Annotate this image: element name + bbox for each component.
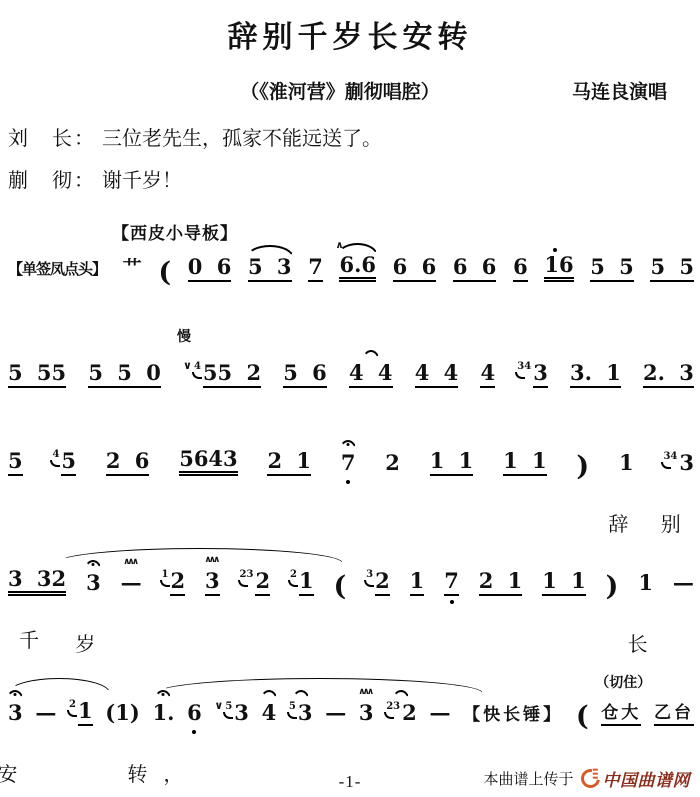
breath-mark-icon: ∨ — [214, 699, 223, 712]
note-text: — — [673, 572, 694, 596]
note-cell: 1辞 — [619, 452, 634, 476]
note-cell: 0 6 — [188, 256, 232, 282]
note-cell: 4 — [262, 702, 277, 726]
phrase-slur — [156, 678, 483, 693]
note-cell: 5 6 — [283, 362, 327, 388]
bracket: ) — [576, 449, 589, 476]
trill-zigzag-icon: ∧∧∧ — [358, 688, 374, 697]
note-cell: 5 3 — [248, 256, 292, 282]
note-cell: 343 — [517, 362, 548, 388]
grace-notes: 23 — [386, 702, 400, 712]
note-cell: — — [325, 702, 346, 726]
note-text: 6.6 — [339, 254, 376, 282]
note-text: 2 — [170, 570, 185, 596]
note-text: 1 — [299, 570, 314, 596]
note-text: 3 — [234, 702, 249, 726]
note-cell: 3. 1 — [570, 362, 621, 388]
note-cell: 5 5 — [590, 256, 634, 282]
note-text: 3 — [205, 570, 220, 596]
note-cell: 343别 — [663, 452, 694, 476]
note-cell: 1 1 — [430, 450, 474, 476]
note-text: 2. 3 — [643, 362, 694, 388]
speaker-name: 刘 长： — [8, 128, 96, 150]
music-disc-icon — [577, 765, 603, 791]
grace-notes: 4 — [52, 450, 59, 460]
note-cell: 5 55 — [8, 362, 66, 388]
note-cell: 5 5 0 — [88, 362, 160, 388]
tempo-direction-label: （切住） — [595, 672, 651, 692]
note-text: 2 — [402, 702, 417, 726]
bracket: ( — [158, 255, 171, 282]
bracket: ) — [606, 569, 619, 596]
page-title: 辞别千岁长安转 — [0, 12, 700, 56]
note-text: 1 — [638, 572, 653, 596]
note-cell: （切住）仓大 — [601, 705, 641, 726]
note-text: 乙台 — [654, 705, 694, 726]
note-text: ) — [606, 573, 619, 600]
music-line-1: 【单签凤点头】艹(0 65 37∧6.66 66 66165 55 5 — [8, 252, 694, 282]
note-cell: 5643 — [179, 448, 237, 476]
site-logo: 中国曲谱网 — [581, 766, 691, 791]
accent-icon: ∧ — [335, 241, 343, 251]
uploader-credit: 本曲谱上传于 中国曲谱网 — [483, 766, 690, 791]
note-text: 5 5 — [650, 256, 694, 282]
note-text: 5 3 — [248, 256, 292, 282]
note-text: 3 32 — [8, 568, 66, 596]
note-text: 6 — [187, 702, 202, 726]
tempo-direction-label: 慢 — [177, 326, 191, 346]
note-cell: 4 4 — [349, 362, 393, 388]
note-cell: 慢∨455 2 — [183, 359, 261, 388]
note-cell: 5 5 — [650, 256, 694, 282]
note-text: 1 — [78, 700, 93, 726]
note-text: ( — [158, 259, 171, 286]
pause-mark-icon — [339, 440, 357, 452]
lyric-syllable: 千 — [19, 624, 55, 653]
note-cell: ∧∧∧3 — [359, 702, 374, 726]
grace-notes: 5 — [289, 702, 296, 712]
note-cell: 6 6 — [453, 256, 497, 282]
opera-source-subtitle: （《淮河营》蒯彻唱腔） — [240, 77, 440, 104]
free-meter-symbol: 艹 — [123, 253, 142, 280]
note-text: 5 55 — [8, 362, 66, 388]
lyric-syllable: 别 — [661, 508, 697, 537]
note-cell: 1 1 — [503, 450, 547, 476]
note-text: 【快长锤】 — [463, 707, 563, 726]
note-cell: 232 — [240, 570, 271, 596]
bracket: ( — [333, 569, 346, 596]
note-text: 16 — [544, 254, 573, 282]
note-text: 0 6 — [188, 256, 232, 282]
note-cell: 16 — [544, 254, 573, 282]
grace-notes: 2 — [69, 700, 76, 710]
dialog-text: 谢千岁！ — [102, 170, 182, 192]
note-cell: (1) — [105, 702, 139, 726]
music-line-2: 5 555 5 0慢∨455 25 64 44 443433. 12. 3 — [8, 358, 694, 388]
note-cell: 21 — [290, 570, 314, 596]
note-cell: 2 — [385, 452, 400, 476]
note-cell: 6 — [187, 702, 202, 726]
trill-zigzag-icon: ∧∧∧ — [123, 558, 139, 567]
note-cell: 乙台 — [654, 705, 694, 726]
music-line-4: 3 32千3岁∧∧∧—12∧∧∧323221(32172 11 1)1长— — [8, 566, 694, 596]
note-text: 4 — [480, 362, 495, 388]
breath-mark-icon: ∨ — [183, 359, 192, 372]
note-text: 3. 1 — [570, 362, 621, 388]
lyric-syllable: 辞 — [608, 508, 644, 537]
note-cell: 2 1 — [479, 570, 523, 596]
note-text: — — [325, 702, 346, 726]
bracket: ( — [576, 699, 589, 726]
grace-notes: 34 — [663, 452, 677, 462]
dialog-line: 蒯 彻：谢千岁！ — [8, 164, 182, 193]
site-name: 中国曲谱网 — [603, 766, 691, 791]
note-cell: 1长 — [638, 572, 653, 596]
note-cell: ∧∧∧— — [121, 572, 142, 596]
upload-note: 本曲谱上传于 — [483, 768, 573, 789]
note-text: 5 — [61, 450, 76, 476]
note-text: 4 4 — [415, 362, 459, 388]
note-text: 3 — [359, 702, 374, 726]
note-cell: 1.转， — [152, 702, 174, 726]
note-cell: 4 4 — [415, 362, 459, 388]
note-text: 1 — [410, 570, 425, 596]
note-text: 7 — [308, 256, 323, 282]
note-text: 6 — [513, 256, 528, 282]
note-text: 3 — [8, 702, 23, 726]
note-text: 1. — [152, 702, 174, 726]
lyric-syllable: 岁 — [75, 628, 111, 657]
note-text: 4 — [262, 702, 277, 726]
grace-notes: 5 — [225, 702, 232, 712]
note-text: 5643 — [179, 448, 237, 476]
note-text: ) — [576, 453, 589, 480]
note-text: 3 — [298, 702, 313, 726]
note-cell: ∧6.6 — [339, 254, 376, 282]
note-cell: 5 — [8, 450, 23, 476]
grace-notes: 34 — [517, 362, 531, 372]
note-text: 6 6 — [453, 256, 497, 282]
note-cell: 53 — [289, 702, 313, 726]
grace-notes: 23 — [240, 570, 254, 580]
performer-credit: 马连良演唱 — [572, 77, 667, 104]
note-text: 7 — [341, 452, 356, 476]
note-cell: 32 — [366, 570, 390, 596]
note-text: 5 — [8, 450, 23, 476]
speaker-name: 蒯 彻： — [8, 170, 96, 192]
note-text: 3 — [679, 452, 694, 476]
note-cell: ∧∧∧3 — [205, 570, 220, 596]
note-text: — — [35, 702, 56, 726]
tie-arc-icon — [362, 350, 380, 362]
note-cell: 6 — [513, 256, 528, 282]
note-cell: 45 — [52, 450, 76, 476]
note-text: 2 — [255, 570, 270, 596]
note-cell: 4 — [480, 362, 495, 388]
note-cell: 3安 — [8, 702, 23, 726]
note-text: 5 5 — [590, 256, 634, 282]
note-text: 5 5 0 — [88, 362, 160, 388]
note-text: 1 1 — [503, 450, 547, 476]
note-text: 2 — [385, 452, 400, 476]
trill-zigzag-icon: ∧∧∧ — [204, 556, 220, 565]
note-cell: — — [35, 702, 56, 726]
note-text: — — [121, 572, 142, 596]
note-cell: 7 — [341, 452, 356, 476]
note-text: 4 4 — [349, 362, 393, 388]
note-text: 1 — [619, 452, 634, 476]
grace-notes: 2 — [290, 570, 297, 580]
percussion-pattern-label: 【单签凤点头】 — [8, 258, 106, 279]
note-text: 55 2 — [203, 362, 261, 388]
note-cell: 2 1 — [267, 450, 311, 476]
note-text: 2 1 — [479, 570, 523, 596]
note-cell: — — [673, 572, 694, 596]
note-text: 2 1 — [267, 450, 311, 476]
note-text: 3 — [86, 572, 101, 596]
note-cell: 21 — [69, 700, 93, 726]
note-cell: ∨53 — [214, 699, 249, 726]
music-line-3: 5452 656432 1721 11 1)1辞343别 — [8, 446, 694, 476]
note-cell: 6 6 — [393, 256, 437, 282]
note-text: 7 — [444, 570, 459, 596]
grace-notes: 1 — [162, 570, 169, 580]
grace-notes: 3 — [366, 570, 373, 580]
note-cell: 1 — [410, 570, 425, 596]
note-cell: 1 1 — [542, 570, 586, 596]
note-cell: 【快长锤】 — [463, 707, 563, 726]
phrase-slur — [56, 548, 343, 563]
note-text: 2 6 — [106, 450, 150, 476]
note-text: — — [429, 702, 450, 726]
note-cell: 12 — [162, 570, 186, 596]
subtitle-row: （《淮河营》蒯彻唱腔） 马连良演唱 — [0, 77, 700, 103]
sheet-music-page: 辞别千岁长安转 （《淮河营》蒯彻唱腔） 马连良演唱 刘 长：三位老先生，孤家不能… — [0, 0, 700, 797]
note-cell: — — [429, 702, 450, 726]
note-text: 2 — [375, 570, 390, 596]
note-text: 仓大 — [601, 705, 641, 726]
note-cell: 7 — [444, 570, 459, 596]
note-text: 1 1 — [430, 450, 474, 476]
lyric-syllable: 长 — [628, 628, 664, 657]
note-text: 3 — [533, 362, 548, 388]
dialog-text: 三位老先生，孤家不能远送了。 — [102, 128, 382, 150]
note-text: (1) — [105, 702, 139, 726]
dialog-line: 刘 长：三位老先生，孤家不能远送了。 — [8, 122, 382, 151]
note-text: ( — [576, 703, 589, 730]
note-cell: 7 — [308, 256, 323, 282]
phrase-slur — [8, 678, 110, 693]
note-cell: 3 32千 — [8, 568, 66, 596]
music-line-5: 3安—21(1)1.转，6∨53453—∧∧∧3232—【快长锤】(（切住）仓大… — [8, 696, 694, 726]
note-text: 5 6 — [283, 362, 327, 388]
banban-mode-label: 【西皮小导板】 — [112, 219, 238, 244]
note-cell: 3岁 — [86, 572, 101, 596]
note-text: ( — [333, 573, 346, 600]
grace-notes: 4 — [194, 362, 201, 372]
note-cell: 2 6 — [106, 450, 150, 476]
note-text: 6 6 — [393, 256, 437, 282]
note-cell: 232 — [386, 702, 417, 726]
note-cell: 2. 3 — [643, 362, 694, 388]
note-text: 1 1 — [542, 570, 586, 596]
